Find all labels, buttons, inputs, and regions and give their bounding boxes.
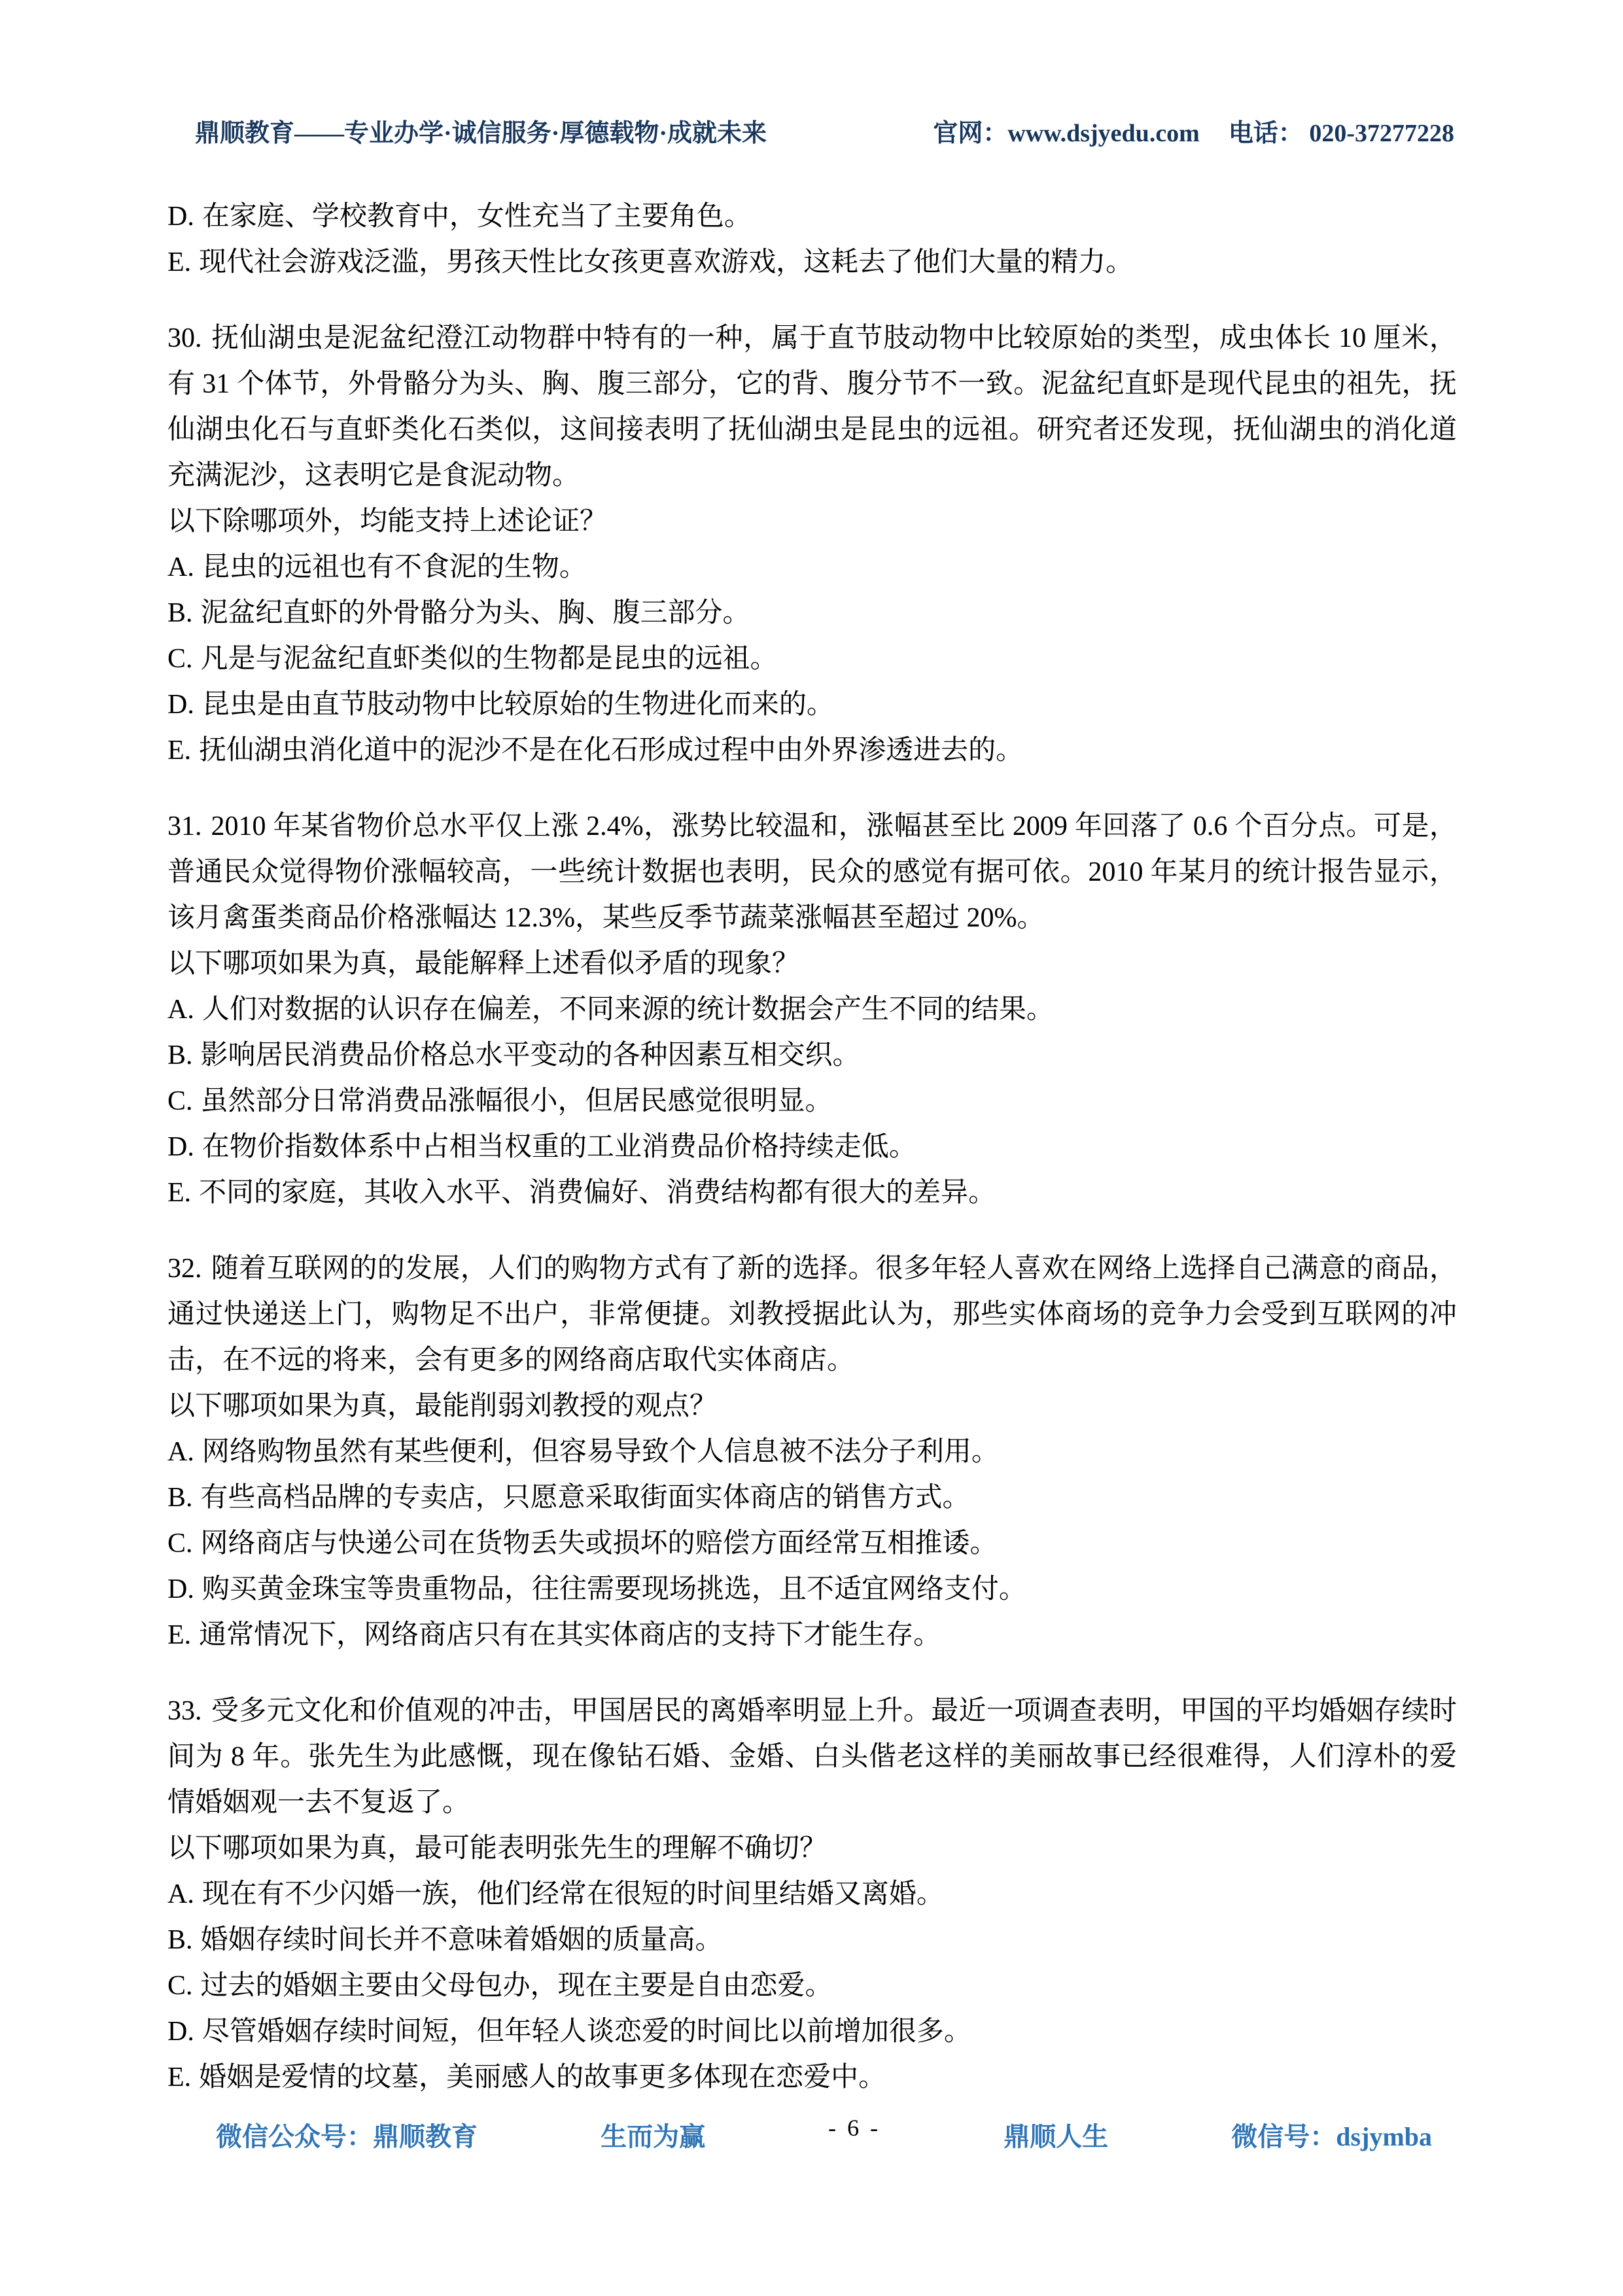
header-website-text: 官网：www.dsjyedu.com	[933, 116, 1199, 150]
leftover-option-line: D.在家庭、学校教育中，女性充当了主要角色。	[167, 194, 1457, 239]
question-prompt: 以下哪项如果为真，最可能表明张先生的理解不确切？	[167, 1826, 1457, 1871]
questions-area: D.在家庭、学校教育中，女性充当了主要角色。 E.现代社会游戏泛滥，男孩天性比女…	[167, 194, 1457, 2100]
option-label: B.	[167, 1483, 201, 1513]
option-text: 通常情况下，网络商店只有在其实体商店的支持下才能生存。	[199, 1620, 941, 1650]
question-stem: 33.受多元文化和价值观的冲击，甲国居民的离婚率明显上升。最近一项调查表明，甲国…	[167, 1688, 1457, 1826]
option-text: 在家庭、学校教育中，女性充当了主要角色。	[202, 202, 752, 232]
option-label: C.	[167, 1086, 201, 1116]
option-line: C.网络商店与快递公司在货物丢失或损坏的赔偿方面经常互相推诿。	[167, 1521, 1457, 1566]
option-line: E.抚仙湖虫消化道中的泥沙不是在化石形成过程中由外界渗透进去的。	[167, 728, 1457, 773]
question-number: 33.	[167, 1696, 211, 1726]
page-header: 鼎顺教育——专业办学·诚信服务·厚德载物·成就未来 官网：www.dsjyedu…	[195, 116, 1454, 150]
option-text: 昆虫是由直节肢动物中比较原始的生物进化而来的。	[202, 690, 834, 720]
option-text: 昆虫的远祖也有不食泥的生物。	[202, 552, 587, 582]
option-label: E.	[167, 2062, 199, 2093]
option-line: A.昆虫的远祖也有不食泥的生物。	[167, 544, 1457, 590]
option-label: E.	[167, 1178, 199, 1208]
option-line: D.昆虫是由直节肢动物中比较原始的生物进化而来的。	[167, 682, 1457, 728]
option-line: E.婚姻是爱情的坟墓，美丽感人的故事更多体现在恋爱中。	[167, 2055, 1457, 2100]
footer-wechat-id-text: 微信号：dsjymba	[1231, 2119, 1432, 2155]
option-label: A.	[167, 552, 202, 582]
option-text: 网络购物虽然有某些便利，但容易导致个人信息被不法分子利用。	[202, 1437, 999, 1467]
option-label: D.	[167, 1132, 202, 1162]
option-text: 购买黄金珠宝等贵重物品，往往需要现场挑选，且不适宜网络支付。	[202, 1574, 1026, 1604]
option-text: 影响居民消费品价格总水平变动的各种因素互相交织。	[201, 1040, 860, 1070]
option-text: 泥盆纪直虾的外骨骼分为头、胸、腹三部分。	[201, 598, 750, 628]
question-block-32: 32.随着互联网的的发展，人们的购物方式有了新的选择。很多年轻人喜欢在网络上选择…	[167, 1246, 1457, 1658]
option-label: E.	[167, 735, 199, 766]
option-line: A.现在有不少闪婚一族，他们经常在很短的时间里结婚又离婚。	[167, 1871, 1457, 1917]
question-prompt: 以下哪项如果为真，最能解释上述看似矛盾的现象？	[167, 941, 1457, 987]
option-label: A.	[167, 995, 202, 1025]
option-text: 现在有不少闪婚一族，他们经常在很短的时间里结婚又离婚。	[202, 1879, 944, 1909]
question-number: 31.	[167, 811, 211, 841]
question-stem-text: 抚仙湖虫是泥盆纪澄江动物群中特有的一种，属于直节肢动物中比较原始的类型，成虫体长…	[167, 323, 1457, 491]
leftover-option-line: E.现代社会游戏泛滥，男孩天性比女孩更喜欢游戏，这耗去了他们大量的精力。	[167, 239, 1457, 285]
option-label: D.	[167, 202, 202, 232]
question-number: 32.	[167, 1254, 211, 1284]
option-label: E.	[167, 247, 199, 277]
option-label: C.	[167, 644, 201, 674]
option-label: A.	[167, 1879, 202, 1909]
option-text: 有些高档品牌的专卖店，只愿意采取街面实体商店的销售方式。	[201, 1483, 970, 1513]
footer-wechat-official-text: 微信公众号：鼎顺教育	[216, 2119, 478, 2155]
footer-slogan-right-text: 鼎顺人生	[1003, 2119, 1108, 2155]
option-label: B.	[167, 1925, 201, 1955]
option-line: D.购买黄金珠宝等贵重物品，往往需要现场挑选，且不适宜网络支付。	[167, 1566, 1457, 1612]
option-label: C.	[167, 1528, 201, 1559]
option-label: D.	[167, 690, 202, 720]
option-line: E.通常情况下，网络商店只有在其实体商店的支持下才能生存。	[167, 1612, 1457, 1658]
option-text: 在物价指数体系中占相当权重的工业消费品价格持续走低。	[202, 1132, 916, 1162]
option-label: E.	[167, 1620, 199, 1650]
footer-slogan-left-text: 生而为赢	[601, 2119, 705, 2155]
option-text: 现代社会游戏泛滥，男孩天性比女孩更喜欢游戏，这耗去了他们大量的精力。	[199, 247, 1133, 277]
exam-paper-page: 鼎顺教育——专业办学·诚信服务·厚德载物·成就未来 官网：www.dsjyedu…	[0, 0, 1623, 2296]
option-text: 婚姻是爱情的坟墓，美丽感人的故事更多体现在恋爱中。	[199, 2062, 886, 2093]
option-line: A.人们对数据的认识存在偏差，不同来源的统计数据会产生不同的结果。	[167, 987, 1457, 1033]
option-text: 网络商店与快递公司在货物丢失或损坏的赔偿方面经常互相推诿。	[201, 1528, 998, 1559]
question-block-33: 33.受多元文化和价值观的冲击，甲国居民的离婚率明显上升。最近一项调查表明，甲国…	[167, 1688, 1457, 2100]
header-brand-text: 鼎顺教育——专业办学·诚信服务·厚德载物·成就未来	[195, 116, 767, 150]
header-contact-group: 官网：www.dsjyedu.com 电话： 020-37277228	[933, 116, 1454, 150]
option-line: B.泥盆纪直虾的外骨骼分为头、胸、腹三部分。	[167, 590, 1457, 636]
option-line: B.影响居民消费品价格总水平变动的各种因素互相交织。	[167, 1033, 1457, 1078]
option-line: C.虽然部分日常消费品涨幅很小，但居民感觉很明显。	[167, 1078, 1457, 1124]
option-text: 过去的婚姻主要由父母包办，现在主要是自由恋爱。	[201, 1971, 833, 2001]
option-text: 人们对数据的认识存在偏差，不同来源的统计数据会产生不同的结果。	[202, 995, 1054, 1025]
option-text: 不同的家庭，其收入水平、消费偏好、消费结构都有很大的差异。	[199, 1178, 996, 1208]
option-line: D.尽管婚姻存续时间短，但年轻人谈恋爱的时间比以前增加很多。	[167, 2009, 1457, 2055]
option-line: C.凡是与泥盆纪直虾类似的生物都是昆虫的远祖。	[167, 636, 1457, 682]
option-text: 婚姻存续时间长并不意味着婚姻的质量高。	[201, 1925, 723, 1955]
question-stem: 30.抚仙湖虫是泥盆纪澄江动物群中特有的一种，属于直节肢动物中比较原始的类型，成…	[167, 315, 1457, 499]
option-label: D.	[167, 2017, 202, 2047]
option-label: A.	[167, 1437, 202, 1467]
question-stem-text: 受多元文化和价值观的冲击，甲国居民的离婚率明显上升。最近一项调查表明，甲国的平均…	[167, 1696, 1457, 1818]
option-label: B.	[167, 1040, 201, 1070]
option-line: D.在物价指数体系中占相当权重的工业消费品价格持续走低。	[167, 1124, 1457, 1170]
option-text: 虽然部分日常消费品涨幅很小，但居民感觉很明显。	[201, 1086, 833, 1116]
question-stem-text: 2010 年某省物价总水平仅上涨 2.4%，涨势比较温和，涨幅甚至比 2009 …	[167, 811, 1457, 933]
header-phone-text: 电话： 020-37277228	[1229, 116, 1454, 150]
page-footer: 微信公众号：鼎顺教育 生而为赢 - 6 - 鼎顺人生 微信号：dsjymba	[216, 2119, 1432, 2155]
option-label: D.	[167, 1574, 202, 1604]
question-prompt: 以下哪项如果为真，最能削弱刘教授的观点？	[167, 1383, 1457, 1429]
question-block-31: 31.2010 年某省物价总水平仅上涨 2.4%，涨势比较温和，涨幅甚至比 20…	[167, 804, 1457, 1216]
question-stem: 31.2010 年某省物价总水平仅上涨 2.4%，涨势比较温和，涨幅甚至比 20…	[167, 804, 1457, 941]
option-line: C.过去的婚姻主要由父母包办，现在主要是自由恋爱。	[167, 1963, 1457, 2009]
question-prompt: 以下除哪项外，均能支持上述论证？	[167, 499, 1457, 544]
option-text: 抚仙湖虫消化道中的泥沙不是在化石形成过程中由外界渗透进去的。	[199, 735, 1023, 766]
option-text: 凡是与泥盆纪直虾类似的生物都是昆虫的远祖。	[201, 644, 778, 674]
option-line: B.婚姻存续时间长并不意味着婚姻的质量高。	[167, 1917, 1457, 1963]
option-text: 尽管婚姻存续时间短，但年轻人谈恋爱的时间比以前增加很多。	[202, 2017, 971, 2047]
question-number: 30.	[167, 323, 211, 353]
option-line: B.有些高档品牌的专卖店，只愿意采取街面实体商店的销售方式。	[167, 1475, 1457, 1521]
question-stem: 32.随着互联网的的发展，人们的购物方式有了新的选择。很多年轻人喜欢在网络上选择…	[167, 1246, 1457, 1383]
question-stem-text: 随着互联网的的发展，人们的购物方式有了新的选择。很多年轻人喜欢在网络上选择自己满…	[167, 1254, 1457, 1375]
option-label: C.	[167, 1971, 201, 2001]
page-number: - 6 -	[828, 2110, 881, 2146]
question-block-30: 30.抚仙湖虫是泥盆纪澄江动物群中特有的一种，属于直节肢动物中比较原始的类型，成…	[167, 315, 1457, 773]
option-label: B.	[167, 598, 201, 628]
option-line: E.不同的家庭，其收入水平、消费偏好、消费结构都有很大的差异。	[167, 1170, 1457, 1216]
option-line: A.网络购物虽然有某些便利，但容易导致个人信息被不法分子利用。	[167, 1429, 1457, 1475]
